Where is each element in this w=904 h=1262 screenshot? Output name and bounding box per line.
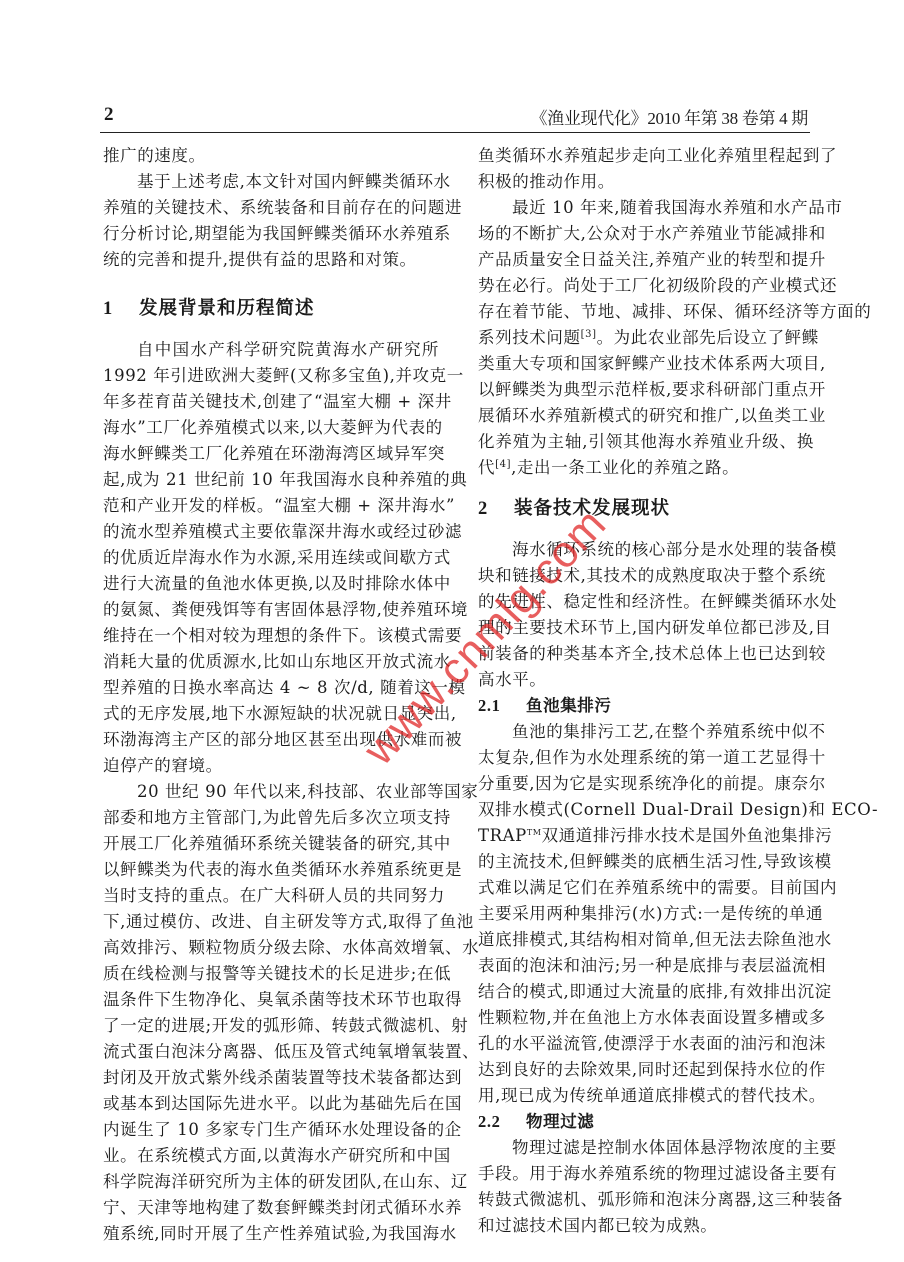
text-segment: ,走出一条工业化的养殖之路。: [511, 458, 739, 477]
subsection-number: 2.1: [478, 693, 526, 719]
paragraph-line: 鱼类循环水养殖起步走向工业化养殖里程起到了: [478, 143, 814, 169]
paragraph-line: 部委和地方主管部门,为此曾先后多次立项支持: [103, 805, 439, 831]
subsection-title: 物理过滤: [526, 1112, 594, 1131]
paragraph-line: 消耗大量的优质源水,比如山东地区开放式流水: [103, 649, 439, 675]
paragraph-line: 推广的速度。: [103, 143, 439, 169]
paragraph-line: 性颗粒物,并在鱼池上方水体表面设置多槽或多: [478, 1005, 814, 1031]
paragraph-line: 年多茬育苗关键技术,创建了“温室大棚 + 深井: [103, 389, 439, 415]
paragraph-line: 主要采用两种集排污(水)方式:一是传统的单通: [478, 901, 814, 927]
text-segment: 。为此农业部先后设立了鲆鲽: [597, 328, 819, 347]
paragraph-line: 表面的泡沫和油污;另一种是底排与表层溢流相: [478, 953, 814, 979]
paragraph-line: 双排水模式(Cornell Dual-Drail Design)和 ECO-: [478, 797, 814, 823]
paragraph-line: 太复杂,但作为水处理系统的第一道工艺显得十: [478, 745, 814, 771]
paragraph-line: 以鲆鲽类为典型示范样板,要求科研部门重点开: [478, 377, 814, 403]
paragraph-line: 鱼池的集排污工艺,在整个养殖系统中似不: [478, 719, 814, 745]
paragraph-line: 自中国水产科学研究院黄海水产研究所: [103, 337, 439, 363]
paragraph-line: 宁、天津等地构建了数套鲆鲽类封闭式循环水养: [103, 1195, 439, 1221]
paragraph-line: 的流水型养殖模式主要依靠深井海水或经过砂滤: [103, 519, 439, 545]
paragraph-line: 封闭及开放式紫外线杀菌装置等技术装备都达到: [103, 1065, 439, 1091]
paragraph-line: 物理过滤是控制水体固体悬浮物浓度的主要: [478, 1135, 814, 1161]
paragraph-line: 类重大专项和国家鲆鲽产业技术体系两大项目,: [478, 351, 814, 377]
text-segment: 双通道排污排水技术是国外鱼池集排污: [542, 826, 833, 845]
running-head: 《渔业现代化》2010 年第 38 卷第 4 期: [530, 104, 808, 129]
paragraph-line: 结合的模式,即通过大流量的底排,有效排出沉淀: [478, 979, 814, 1005]
paragraph-line: 进行大流量的鱼池水体更换,以及时排除水体中: [103, 571, 439, 597]
paragraph-line: 业。在系统模式方面,以黄海水产研究所和中国: [103, 1143, 439, 1169]
paragraph-line: 展循环水养殖新模式的研究和推广,以鱼类工业: [478, 403, 814, 429]
text-segment: 代: [478, 458, 495, 477]
paragraph-line: 式的无序发展,地下水源短缺的状况就日显突出,: [103, 701, 439, 727]
paragraph-line: 1992 年引进欧洲大菱鲆(又称多宝鱼),并攻克一: [103, 363, 439, 389]
text-segment: TRAP: [478, 826, 527, 845]
paragraph-line: 的先进性、稳定性和经济性。在鲆鲽类循环水处: [478, 589, 814, 615]
paragraph-line: 分重要,因为它是实现系统净化的前提。康奈尔: [478, 771, 814, 797]
subsection-heading-2-1: 2.1鱼池集排污: [478, 693, 612, 719]
paragraph-line: 内诞生了 10 多家专门生产循环水处理设备的企: [103, 1117, 439, 1143]
section-number: 1: [103, 295, 139, 323]
paragraph-line: 海水”工厂化养殖模式以来,以大菱鲆为代表的: [103, 415, 439, 441]
paragraph-line: 积极的推动作用。: [478, 169, 814, 195]
paragraph-line: 转鼓式微滤机、弧形筛和泡沫分离器,这三种装备: [478, 1187, 814, 1213]
paragraph-line: 科学院海洋研究所为主体的研发团队,在山东、辽: [103, 1169, 439, 1195]
paragraph-line: 养殖的关键技术、系统装备和目前存在的问题进: [103, 195, 439, 221]
paragraph-line: 的氨氮、粪便残饵等有害固体悬浮物,使养殖环境: [103, 597, 439, 623]
paragraph-line: 理的主要技术环节上,国内研发单位都已涉及,目: [478, 615, 814, 641]
paragraph-line: 和过滤技术国内都已较为成熟。: [478, 1213, 814, 1239]
section-number: 2: [478, 495, 514, 523]
paragraph-line: 高水平。: [478, 667, 814, 693]
paragraph-line: 最近 10 年来,随着我国海水养殖和水产品市: [478, 195, 814, 221]
paragraph-line: 的优质近岸海水作为水源,采用连续或间歇方式: [103, 545, 439, 571]
subsection-title: 鱼池集排污: [526, 696, 612, 715]
paragraph-line: 维持在一个相对较为理想的条件下。该模式需要: [103, 623, 439, 649]
paragraph-line: 势在必行。尚处于工厂化初级阶段的产业模式还: [478, 273, 814, 299]
paragraph-line: 以鲆鲽类为代表的海水鱼类循环水养殖系统更是: [103, 857, 439, 883]
section-title: 装备技术发展现状: [514, 498, 670, 519]
section-title: 发展背景和历程简述: [139, 298, 315, 319]
subsection-heading-2-2: 2.2物理过滤: [478, 1109, 594, 1135]
paragraph-line: 20 世纪 90 年代以来,科技部、农业部等国家: [103, 779, 439, 805]
paragraph-line: 当时支持的重点。在广大科研人员的共同努力: [103, 883, 439, 909]
paragraph-line-with-citation: 系列技术问题[3]。为此农业部先后设立了鲆鲽: [478, 325, 814, 351]
page-number: 2: [104, 104, 114, 126]
paragraph-line: 或基本到达国际先进水平。以此为基础先后在国: [103, 1091, 439, 1117]
paragraph-line: 迫停产的窘境。: [103, 753, 439, 779]
paragraph-line-with-trademark: TRAPTM双通道排污排水技术是国外鱼池集排污: [478, 823, 814, 849]
section-heading-2: 2装备技术发展现状: [478, 495, 670, 523]
paragraph-line: 存在着节能、节地、减排、环保、循环经济等方面的: [478, 299, 814, 325]
subsection-number: 2.2: [478, 1109, 526, 1135]
paragraph-line: 化养殖为主轴,引领其他海水养殖业升级、换: [478, 429, 814, 455]
paragraph-line: 下,通过模仿、改进、自主研发等方式,取得了鱼池: [103, 909, 439, 935]
paragraph-line: 行分析讨论,期望能为我国鲆鲽类循环水养殖系: [103, 221, 439, 247]
section-heading-1: 1发展背景和历程简述: [103, 295, 315, 323]
paragraph-line: 型养殖的日换水率高达 4 ~ 8 次/d, 随着这一模: [103, 675, 439, 701]
paragraph-line: 起,成为 21 世纪前 10 年我国海水良种养殖的典: [103, 467, 439, 493]
paragraph-line: 高效排污、颗粒物质分级去除、水体高效增氧、水: [103, 935, 439, 961]
paragraph-line: 式难以满足它们在养殖系统中的需要。目前国内: [478, 875, 814, 901]
paragraph-line: 流式蛋白泡沫分离器、低压及管式纯氧增氧装置、: [103, 1039, 439, 1065]
paragraph-line: 殖系统,同时开展了生产性养殖试验,为我国海水: [103, 1221, 439, 1247]
paragraph-line: 了一定的进展;开发的弧形筛、转鼓式微滤机、射: [103, 1013, 439, 1039]
citation-ref-4[interactable]: [4]: [495, 459, 511, 470]
paragraph-line: 基于上述考虑,本文针对国内鲆鲽类循环水: [103, 169, 439, 195]
paragraph-line: 的主流技术,但鲆鲽类的底栖生活习性,导致该模: [478, 849, 814, 875]
paragraph-line: 统的完善和提升,提供有益的思路和对策。: [103, 247, 439, 273]
text-segment: 系列技术问题: [478, 328, 581, 347]
paragraph-line: 孔的水平溢流管,使漂浮于水表面的油污和泡沫: [478, 1031, 814, 1057]
paragraph-line: 温条件下生物净化、臭氧杀菌等技术环节也取得: [103, 987, 439, 1013]
paragraph-line: 达到良好的去除效果,同时还起到保持水位的作: [478, 1057, 814, 1083]
header-rule: [100, 132, 810, 133]
paragraph-line: 开展工厂化养殖循环系统关键装备的研究,其中: [103, 831, 439, 857]
paragraph-line: 海水鲆鲽类工厂化养殖在环渤海湾区域异军突: [103, 441, 439, 467]
citation-ref-3[interactable]: [3]: [581, 329, 597, 340]
paragraph-line: 道底排模式,其结构相对简单,但无法去除鱼池水: [478, 927, 814, 953]
paragraph-line: 手段。用于海水养殖系统的物理过滤设备主要有: [478, 1161, 814, 1187]
paragraph-line: 前装备的种类基本齐全,技术总体上也已达到较: [478, 641, 814, 667]
paragraph-line: 质在线检测与报警等关键技术的长足进步;在低: [103, 961, 439, 987]
paragraph-line-with-citation: 代[4],走出一条工业化的养殖之路。: [478, 455, 814, 481]
paragraph-line: 范和产业开发的样板。“温室大棚 + 深井海水”: [103, 493, 439, 519]
paragraph-line: 用,现已成为传统单通道底排模式的替代技术。: [478, 1083, 814, 1109]
paragraph-line: 产品质量安全日益关注,养殖产业的转型和提升: [478, 247, 814, 273]
paragraph-line: 场的不断扩大,公众对于水产养殖业节能减排和: [478, 221, 814, 247]
paragraph-line: 块和链接技术,其技术的成熟度取决于整个系统: [478, 563, 814, 589]
paragraph-line: 环渤海湾主产区的部分地区甚至出现供水难而被: [103, 727, 439, 753]
paragraph-line: 海水循环系统的核心部分是水处理的装备模: [478, 537, 814, 563]
trademark-symbol: TM: [527, 828, 542, 837]
